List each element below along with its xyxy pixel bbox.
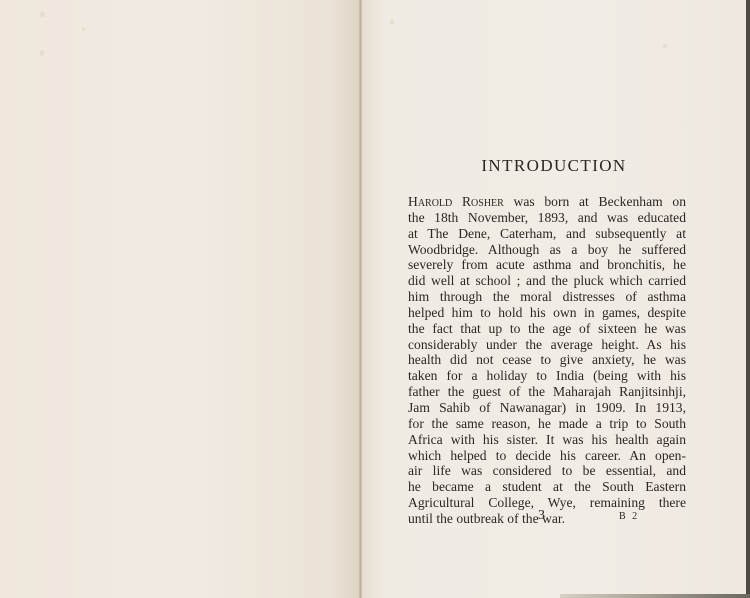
text-line: taken for a holiday to India (being with… (408, 368, 686, 384)
page-number: 3 (538, 508, 545, 524)
signature-mark: B 2 (619, 511, 639, 522)
text-line: which helped to decide his career. An op… (408, 448, 686, 464)
text-line: until the outbreak of the war. (408, 511, 686, 527)
text-line: for the same reason, he made a trip to S… (408, 416, 686, 432)
author-name-smallcaps: Harold Rosher (408, 194, 504, 209)
text-line: father the guest of the Maharajah Ranjit… (408, 384, 686, 400)
text-line: Agricultural College, Wye, remaining the… (408, 495, 686, 511)
text-line: air life was considered to be essential,… (408, 463, 686, 479)
paper-speck (663, 44, 667, 48)
text-line: helped him to hold his own in games, des… (408, 305, 686, 321)
text-line: Harold Rosher was born at Beckenham on (408, 194, 686, 210)
text-line: the 18th November, 1893, and was educate… (408, 210, 686, 226)
text-line: severely from acute asthma and bronchiti… (408, 257, 686, 273)
text-line: health did not cease to give anxiety, he… (408, 352, 686, 368)
text-line-content: was born at Beckenham on (504, 194, 686, 209)
chapter-heading: INTRODUCTION (362, 156, 746, 176)
text-line: Woodbridge. Although as a boy he suffere… (408, 242, 686, 258)
introduction-paragraph: Harold Rosher was born at Beckenham on t… (408, 194, 686, 527)
text-line: did well at school ; and the pluck which… (408, 273, 686, 289)
text-line: Africa with his sister. It was his healt… (408, 432, 686, 448)
text-line: considerably under the average height. A… (408, 337, 686, 353)
right-edge-shadow (746, 0, 750, 598)
text-line: at The Dene, Caterham, and subsequently … (408, 226, 686, 242)
left-page-blank (0, 0, 360, 598)
paper-speck (40, 50, 44, 56)
text-line: the fact that up to the age of sixteen h… (408, 321, 686, 337)
paper-speck (40, 12, 45, 17)
book-spread: INTRODUCTION Harold Rosher was born at B… (0, 0, 750, 598)
text-line: he became a student at the South Eastern (408, 479, 686, 495)
text-line: Jam Sahib of Nawanagar) in 1909. In 1913… (408, 400, 686, 416)
bottom-edge-shadow (560, 594, 750, 598)
paper-speck (82, 28, 85, 31)
paper-speck (390, 20, 394, 25)
text-line: him through the moral distresses of asth… (408, 289, 686, 305)
